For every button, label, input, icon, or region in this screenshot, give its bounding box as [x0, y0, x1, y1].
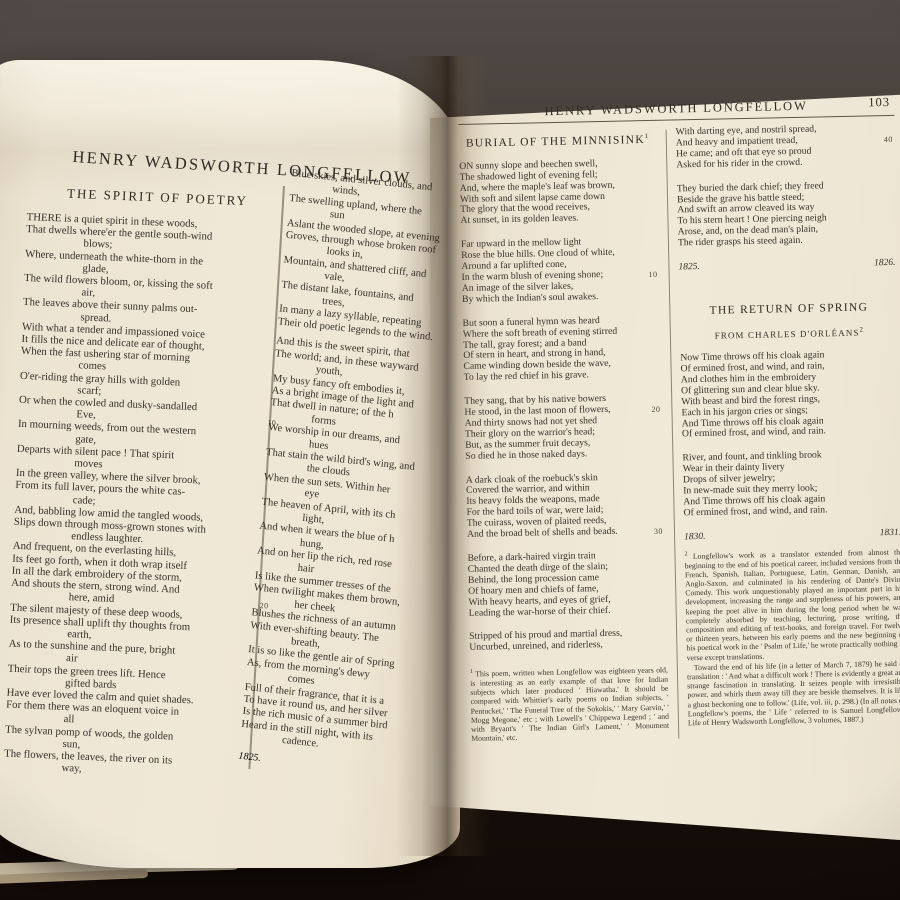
footnote-2: 2 Longfellow's work as a translator exte…: [684, 546, 900, 728]
stanza: Far upward in the mellow lightRose the b…: [461, 236, 660, 306]
date-published: 1831.: [880, 528, 900, 538]
poem-line: To lay the red chief in his grave.: [464, 369, 662, 384]
footnote-text: Longfellow's work as a translator extend…: [685, 547, 900, 662]
right-page-header: HENRY WADSWORTH LONGFELLOW 103: [458, 95, 894, 122]
poem-line: Leading the war-horse of their chief.: [469, 604, 667, 619]
date-written: 1830.: [684, 532, 706, 542]
poem-dates: 1825. 1826.: [678, 258, 895, 273]
footnote-mark-1: 1: [645, 132, 650, 140]
right-page-content: HENRY WADSWORTH LONGFELLOW 103 BURIAL OF…: [458, 95, 900, 743]
stanza: They sang, that by his native bowersHe s…: [464, 393, 663, 463]
poem-line: Asked for his rider in the crowd.: [676, 156, 895, 171]
footnote-text: Toward the end of his life (in a letter …: [687, 658, 900, 727]
footnote-text: This poem, written when Longfellow was e…: [470, 666, 669, 744]
poem-subtitle-text: FROM CHARLES D'ORLÉANS: [715, 328, 860, 341]
stanza: Now Time throws off his cloak againOf er…: [680, 349, 900, 441]
stanza: But soon a funeral hymn was heardWhere t…: [462, 315, 661, 385]
footnote-mark-2: 2: [859, 326, 864, 334]
right-page-column-1: BURIAL OF THE MINNISINK1 ON sunny slope …: [459, 128, 670, 743]
stanza: Before, a dark-haired virgin trainChante…: [467, 550, 666, 620]
stanza: ON sunny slope and beechen swell,The sha…: [459, 158, 658, 228]
poem-title-return-of-spring: THE RETURN OF SPRING: [679, 301, 898, 318]
date-published: 1826.: [874, 258, 896, 268]
stanza: Blue skies, and silver clouds, andwinds,…: [277, 168, 463, 346]
poem-burial-of-the-minnisink-continued: With darting eye, and nostril spread,And…: [676, 123, 898, 250]
poem-title-burial-of-the-minnisink: BURIAL OF THE MINNISINK1: [459, 132, 657, 150]
poem-line: The rider grasps his steed again.: [678, 234, 897, 249]
stanza: With darting eye, and nostril spread,And…: [676, 123, 896, 171]
poem-line: And the broad belt of shells and beads.3…: [467, 526, 665, 541]
poem-dates: 1830. 1831.: [684, 528, 900, 543]
poem-title-text: BURIAL OF THE MINNISINK: [466, 134, 645, 150]
poem-line: Uncurbed, unreined, and riderless,: [469, 639, 667, 654]
poem-line: Of ermined frost, and wind, and rain.: [684, 504, 900, 519]
poem-line: So died he in those naked days.: [465, 447, 663, 462]
page-number: 103: [868, 95, 890, 110]
stanza: They buried the dark chief; they freedBe…: [677, 179, 897, 249]
line-number: 30: [654, 527, 663, 538]
poem-burial-of-the-minnisink: ON sunny slope and beechen swell,The sha…: [459, 158, 667, 654]
poem-line: Of ermined frost, and wind, and rain.: [682, 425, 900, 440]
right-page-column-2: With darting eye, and nostril spread,And…: [676, 123, 900, 739]
stanza: River, and fount, and tinkling brookWear…: [682, 449, 900, 519]
stanza: A dark cloak of the roebuck's skinCovere…: [466, 471, 665, 541]
poem-line: At sunset, in its golden leaves.: [460, 212, 658, 227]
poem-return-of-spring: Now Time throws off his cloak againOf er…: [680, 349, 900, 519]
poem-line: By which the Indian's soul awakes.: [462, 291, 660, 306]
date-written: 1825.: [678, 262, 700, 272]
photo-of-open-book: HENRY WADSWORTH LONGFELLOW THE SPIRIT OF…: [0, 0, 900, 900]
poem-subtitle: FROM CHARLES D'ORLÉANS2: [680, 325, 899, 342]
right-page-running-title: HENRY WADSWORTH LONGFELLOW: [544, 99, 807, 119]
stanza: Stripped of his proud and martial dress,…: [469, 628, 667, 654]
footnote-1: 1 This poem, written when Longfellow was…: [470, 664, 670, 743]
section-return-of-spring: THE RETURN OF SPRING FROM CHARLES D'ORLÉ…: [679, 301, 900, 542]
